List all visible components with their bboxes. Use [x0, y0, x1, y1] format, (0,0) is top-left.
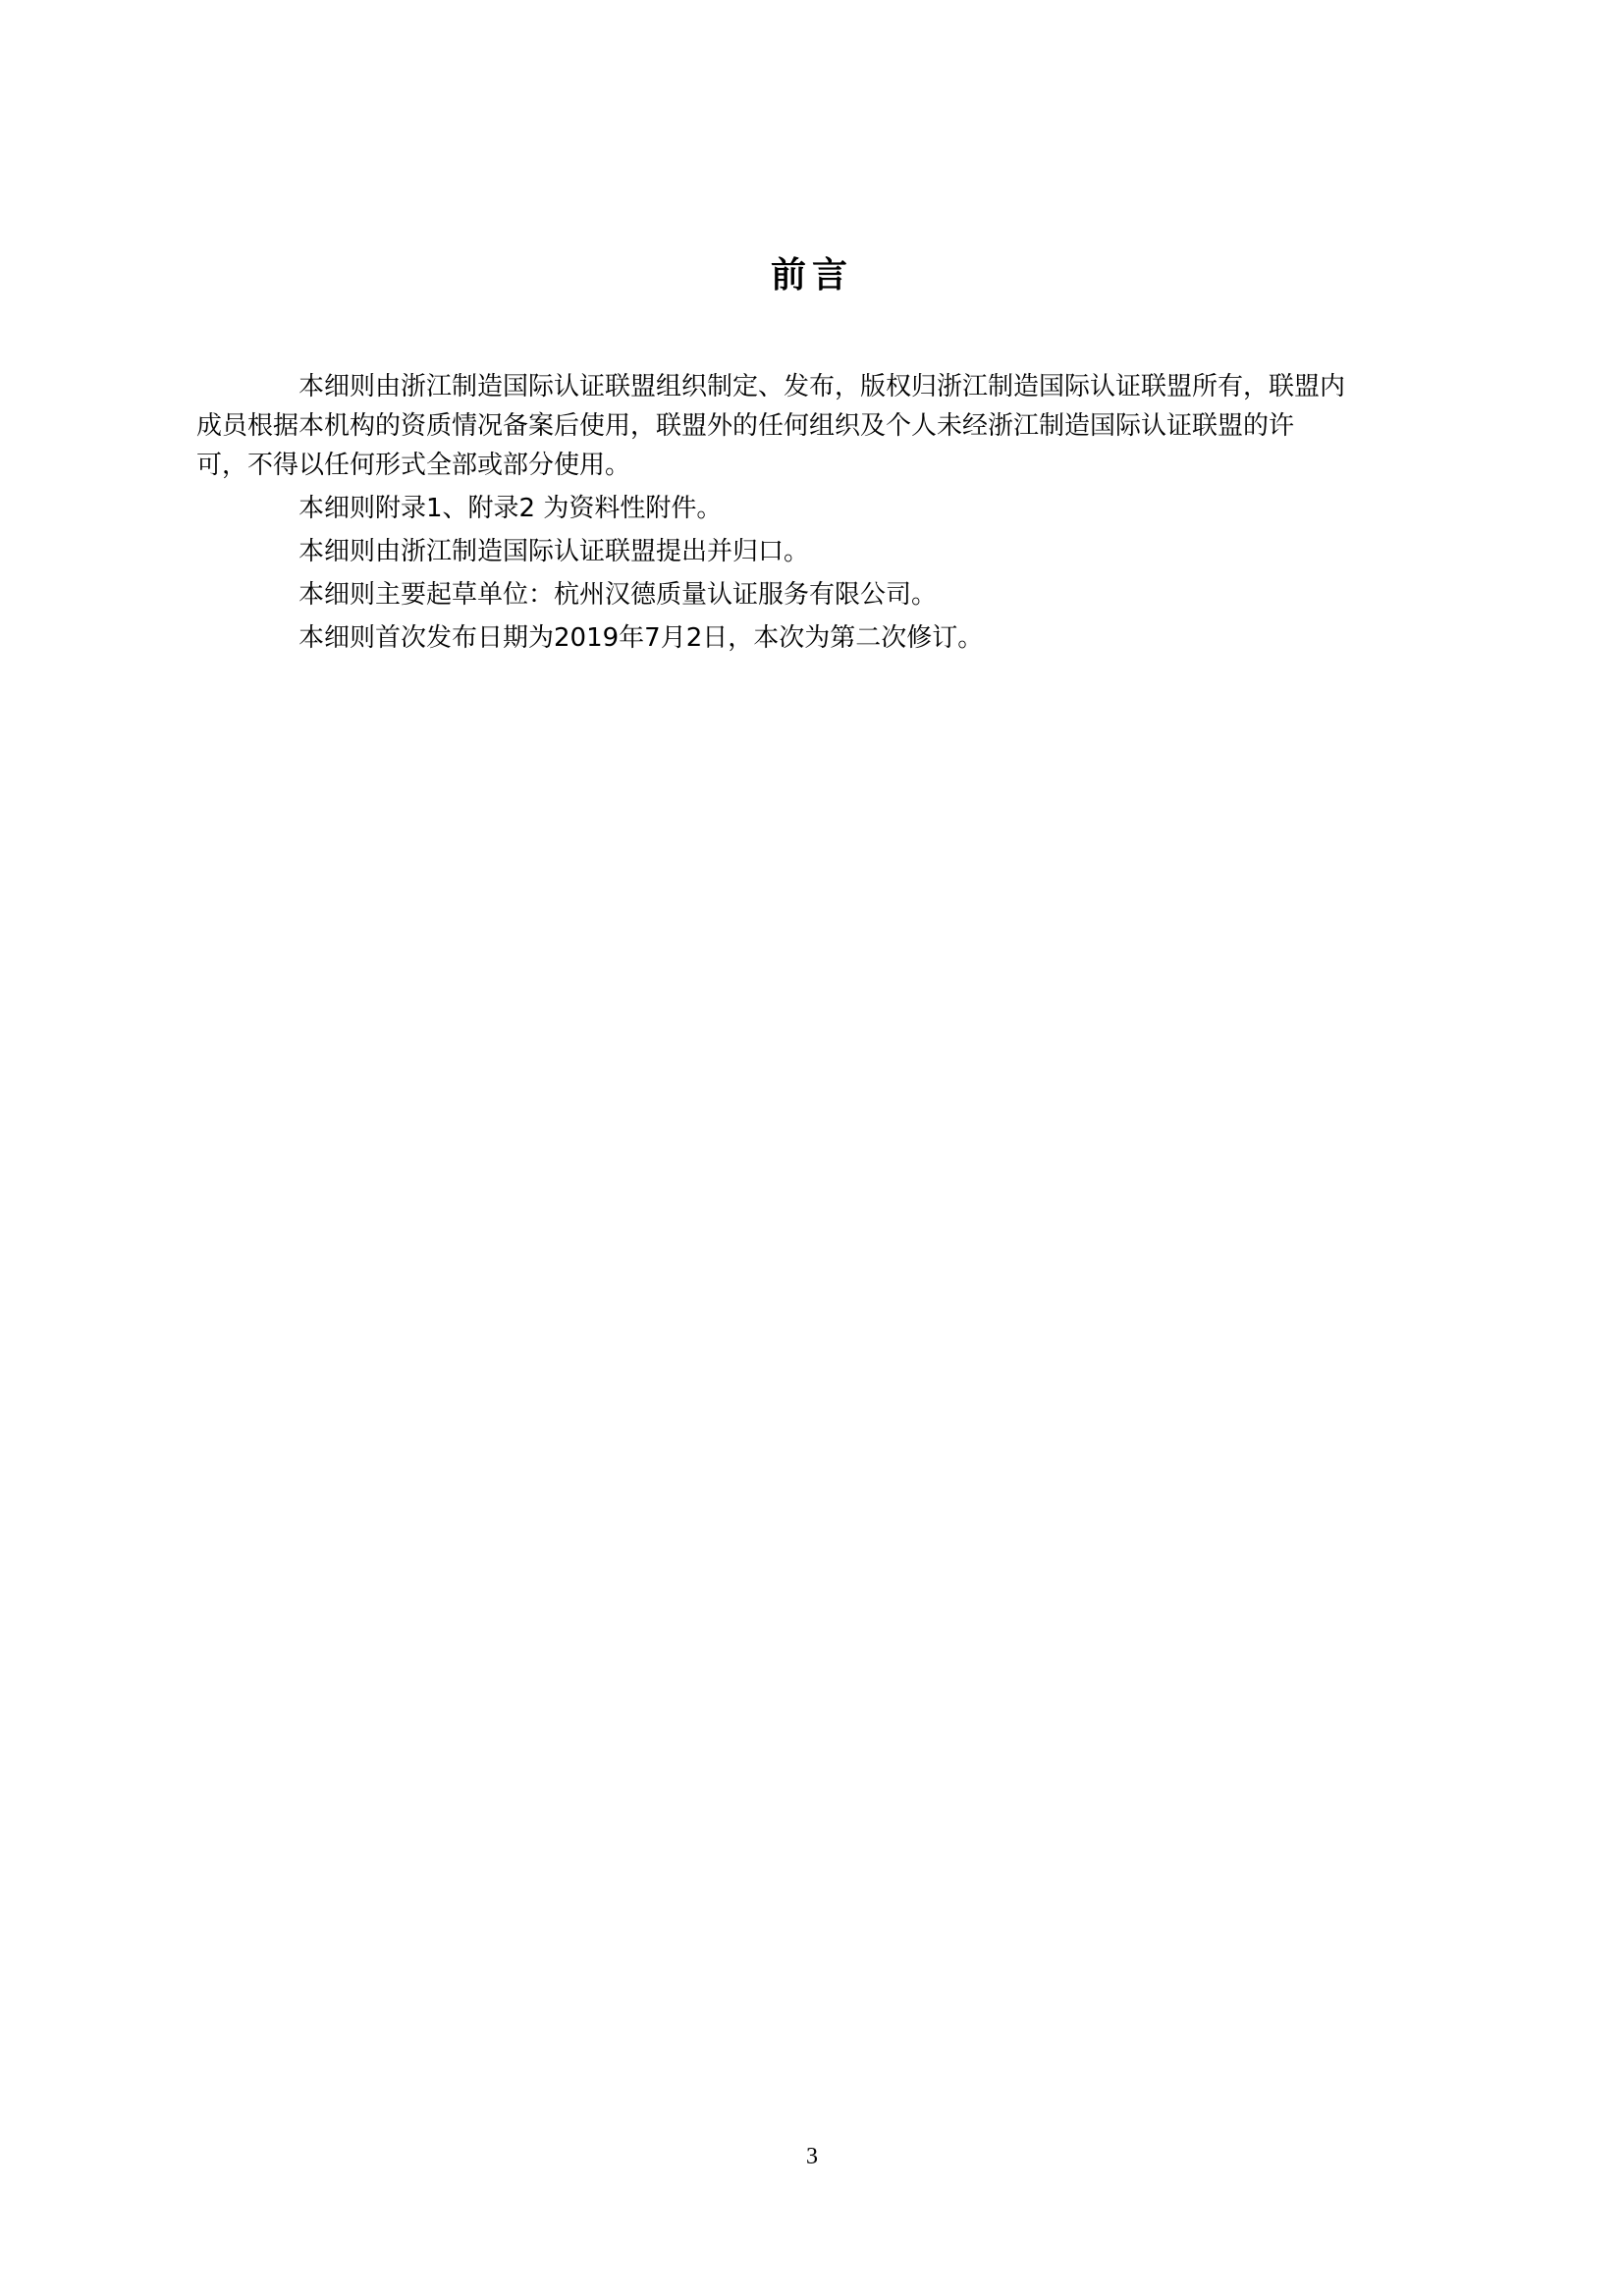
paragraph-line: 本细则由浙江制造国际认证联盟提出并归口。 — [247, 532, 1445, 571]
paragraph-line: 可，不得以任何形式全部或部分使用。 — [196, 446, 1445, 485]
paragraph-line: 本细则首次发布日期为2019年7月2日，本次为第二次修订。 — [247, 618, 1445, 658]
paragraph-line: 本细则由浙江制造国际认证联盟组织制定、发布，版权归浙江制造国际认证联盟所有，联盟… — [247, 367, 1445, 406]
preface-body: 本细则由浙江制造国际认证联盟组织制定、发布，版权归浙江制造国际认证联盟所有，联盟… — [247, 367, 1445, 662]
paragraph-line: 本细则主要起草单位：杭州汉德质量认证服务有限公司。 — [247, 575, 1445, 614]
paragraph-proposer: 本细则由浙江制造国际认证联盟提出并归口。 — [247, 532, 1445, 571]
paragraph-copyright: 本细则由浙江制造国际认证联盟组织制定、发布，版权归浙江制造国际认证联盟所有，联盟… — [247, 367, 1445, 485]
page-title: 前言 — [0, 247, 1624, 297]
paragraph-release-date: 本细则首次发布日期为2019年7月2日，本次为第二次修订。 — [247, 618, 1445, 658]
page-number: 3 — [0, 2144, 1624, 2170]
paragraph-drafter: 本细则主要起草单位：杭州汉德质量认证服务有限公司。 — [247, 575, 1445, 614]
paragraph-appendix: 本细则附录1、附录2 为资料性附件。 — [247, 489, 1445, 528]
paragraph-line: 成员根据本机构的资质情况备案后使用，联盟外的任何组织及个人未经浙江制造国际认证联… — [196, 406, 1445, 446]
paragraph-line: 本细则附录1、附录2 为资料性附件。 — [247, 489, 1445, 528]
